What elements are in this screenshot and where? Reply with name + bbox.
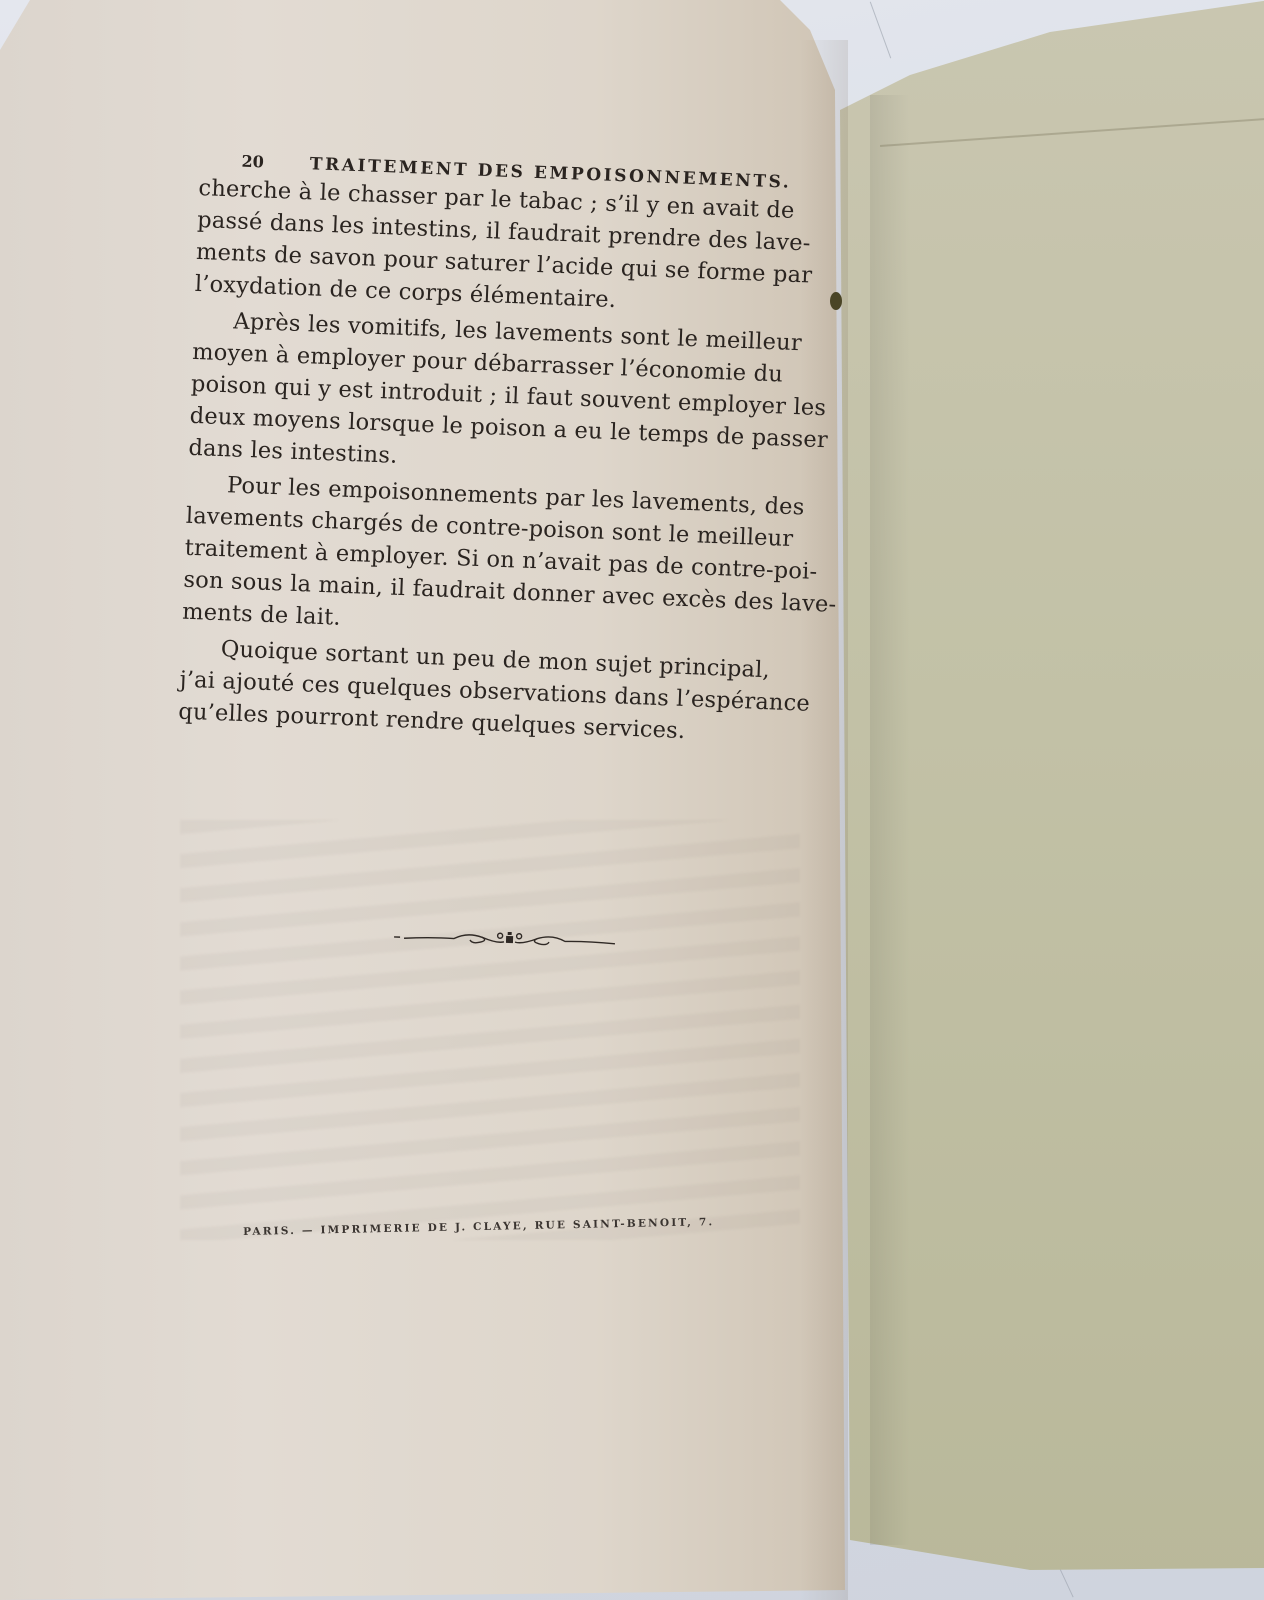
page-number: 20 xyxy=(241,152,264,172)
paragraph: cherche à le chasser par le tabac ; s’il… xyxy=(194,172,818,324)
ink-spot xyxy=(830,292,842,310)
paragraph: Pour les empoisonnements par les lavemen… xyxy=(182,468,808,652)
paragraph: Quoique sortant un peu de mon sujet prin… xyxy=(178,632,801,752)
show-through-text xyxy=(180,820,800,1240)
paragraph: Après les vomitifs, les lavements sont l… xyxy=(188,304,814,488)
right-page-fold xyxy=(870,95,910,1545)
page-text: 20 TRAITEMENT DES EMPOISONNEMENTS. cherc… xyxy=(178,150,820,755)
